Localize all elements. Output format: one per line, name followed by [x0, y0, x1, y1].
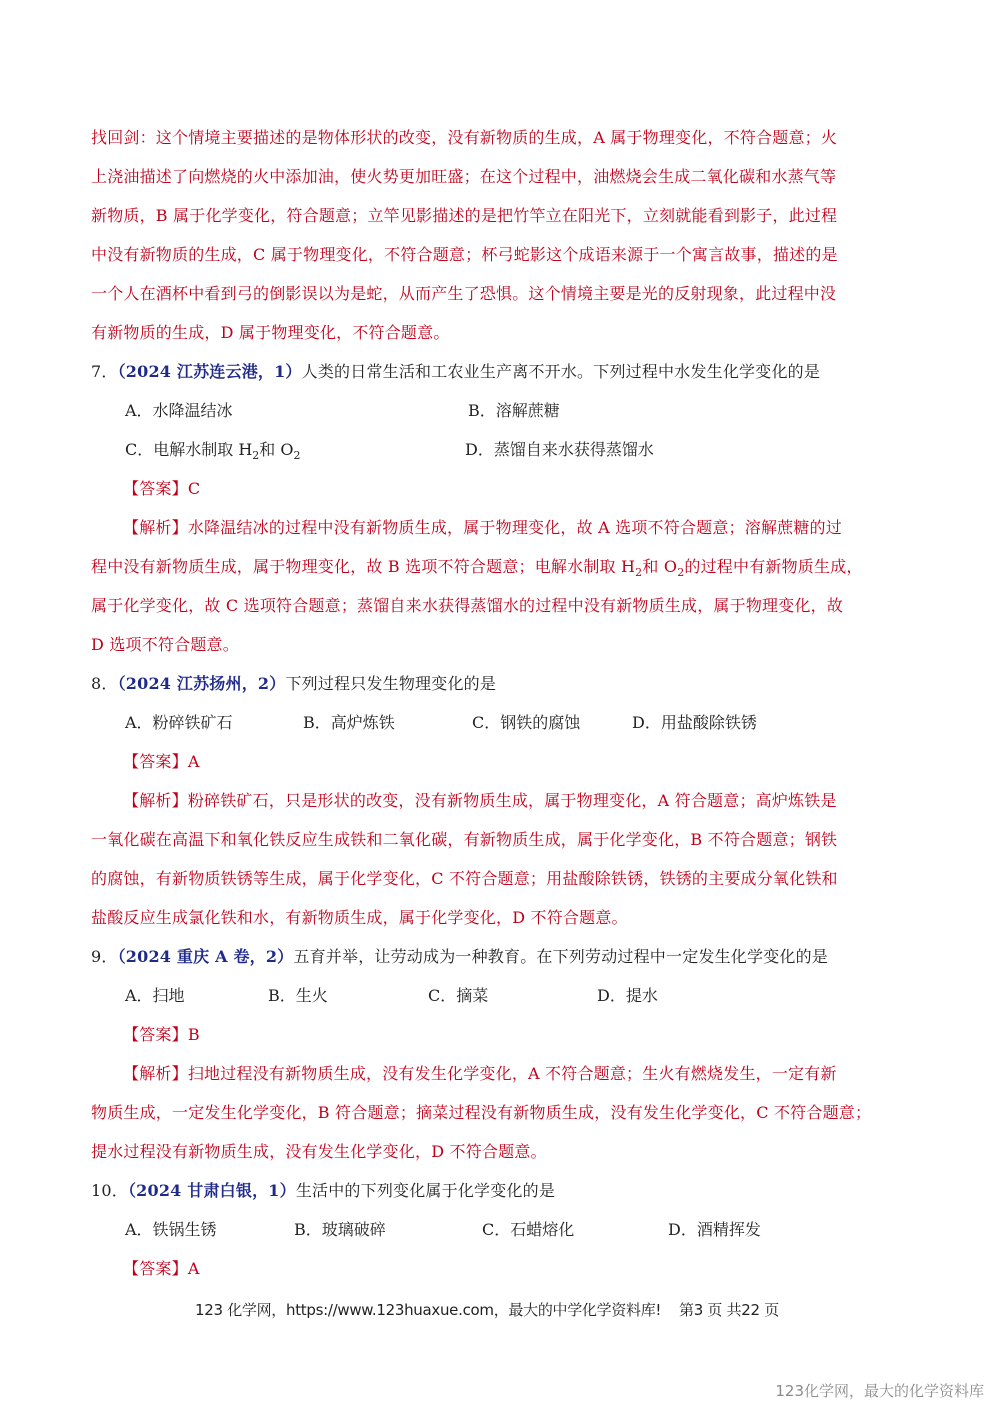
question-8-stem: 8．（2024 江苏扬州，2）下列过程只发生物理变化的是: [91, 674, 496, 694]
question-text: 生活中的下列变化属于化学变化的是: [296, 1181, 555, 1200]
analysis-line: 物质生成，一定发生化学变化，B 符合题意；摘菜过程没有新物质生成，没有发生化学变…: [91, 1103, 871, 1123]
footer-text: 123 化学网，https://www.123huaxue.com，最大的中学化…: [195, 1301, 661, 1319]
question-number: 10．: [91, 1181, 128, 1200]
answer-label: 【答案】: [123, 752, 188, 771]
option-c: C．石蜡熔化: [482, 1220, 574, 1240]
option-c: C．摘菜: [428, 986, 488, 1006]
option-b: B．溶解蔗糖: [468, 401, 560, 421]
question-7-stem: 7．（2024 江苏连云港，1）人类的日常生活和工农业生产离不开水。下列过程中水…: [91, 362, 820, 382]
analysis-line: 中没有新物质的生成，C 属于物理变化，不符合题意；杯弓蛇影这个成语来源于一个寓言…: [91, 245, 838, 265]
analysis-line: 属于化学变化，故 C 选项符合题意；蒸馏自来水获得蒸馏水的过程中没有新物质生成，…: [91, 596, 843, 616]
option-d: D．酒精挥发: [668, 1220, 761, 1240]
analysis-line: 一个人在酒杯中看到弓的倒影误以为是蛇，从而产生了恐惧。这个情境主要是光的反射现象…: [91, 284, 836, 304]
analysis-line: 【解析】粉碎铁矿石，只是形状的改变，没有新物质生成，属于物理变化，A 符合题意；…: [123, 791, 837, 811]
subscript: 2: [635, 566, 642, 579]
analysis-line: 【解析】扫地过程没有新物质生成，没有发生化学变化，A 不符合题意；生火有燃烧发生…: [123, 1064, 837, 1084]
analysis-line: 【解析】水降温结冰的过程中没有新物质生成，属于物理变化，故 A 选项不符合题意；…: [123, 518, 842, 538]
analysis-text: 的过程中有新物质生成，: [684, 557, 862, 576]
option-c: C．电解水制取 H2和 O2: [125, 440, 301, 460]
option-b: B．高炉炼铁: [303, 713, 395, 733]
question-text: 五育并举，让劳动成为一种教育。在下列劳动过程中一定发生化学变化的是: [293, 947, 828, 966]
option-d: D．提水: [597, 986, 658, 1006]
subscript: 2: [294, 449, 301, 462]
question-source: （2024 江苏扬州，2）: [118, 674, 286, 693]
page-footer: 123 化学网，https://www.123huaxue.com，最大的中学化…: [195, 1299, 779, 1320]
answer-line: 【答案】A: [123, 752, 200, 772]
question-source: （2024 甘肃白银，1）: [128, 1181, 296, 1200]
answer-value: A: [188, 1259, 200, 1278]
analysis-text: 程中没有新物质生成，属于物理变化，故 B 选项不符合题意；电解水制取 H: [91, 557, 635, 576]
document-page: 找回剑：这个情境主要描述的是物体形状的改变，没有新物质的生成，A 属于物理变化，…: [0, 0, 992, 1403]
option-c-text: C．电解水制取 H: [125, 440, 252, 459]
answer-value: A: [188, 752, 200, 771]
option-a: A．水降温结冰: [125, 401, 233, 421]
analysis-line: 盐酸反应生成氯化铁和水，有新物质生成，属于化学变化，D 不符合题意。: [91, 908, 628, 928]
answer-value: B: [188, 1025, 200, 1044]
analysis-line: 提水过程没有新物质生成，没有发生化学变化，D 不符合题意。: [91, 1142, 547, 1162]
option-a: A．扫地: [125, 986, 185, 1006]
question-number: 8．: [91, 674, 118, 693]
answer-line: 【答案】B: [123, 1025, 200, 1045]
question-text: 人类的日常生活和工农业生产离不开水。下列过程中水发生化学变化的是: [302, 362, 820, 381]
answer-line: 【答案】C: [123, 479, 200, 499]
analysis-text: 扫地过程没有新物质生成，没有发生化学变化，A 不符合题意；生火有燃烧发生，一定有…: [188, 1064, 837, 1083]
answer-label: 【答案】: [123, 479, 188, 498]
option-d: D．蒸馏自来水获得蒸馏水: [465, 440, 654, 460]
analysis-label: 【解析】: [123, 791, 188, 810]
question-source: （2024 重庆 A 卷，2）: [118, 947, 294, 966]
analysis-line: 的腐蚀，有新物质铁锈等生成，属于化学变化，C 不符合题意；用盐酸除铁锈，铁锈的主…: [91, 869, 838, 889]
option-a: A．铁锅生锈: [125, 1220, 217, 1240]
option-b: B．玻璃破碎: [294, 1220, 386, 1240]
analysis-line: 找回剑：这个情境主要描述的是物体形状的改变，没有新物质的生成，A 属于物理变化，…: [91, 128, 837, 148]
question-source: （2024 江苏连云港，1）: [118, 362, 302, 381]
analysis-text: 粉碎铁矿石，只是形状的改变，没有新物质生成，属于物理变化，A 符合题意；高炉炼铁…: [188, 791, 837, 810]
answer-label: 【答案】: [123, 1259, 188, 1278]
analysis-text: 和 O: [642, 557, 677, 576]
analysis-line: 程中没有新物质生成，属于物理变化，故 B 选项不符合题意；电解水制取 H2和 O…: [91, 557, 863, 577]
subscript: 2: [252, 449, 259, 462]
analysis-line: D 选项不符合题意。: [91, 635, 239, 655]
subscript: 2: [677, 566, 684, 579]
watermark: 123化学网，最大的化学资料库: [775, 1380, 984, 1401]
option-c-text: 和 O: [259, 440, 293, 459]
analysis-line: 一氧化碳在高温下和氧化铁反应生成铁和二氧化碳，有新物质生成，属于化学变化，B 不…: [91, 830, 837, 850]
analysis-line: 上浇油描述了向燃烧的火中添加油，使火势更加旺盛；在这个过程中，油燃烧会生成二氧化…: [91, 167, 836, 187]
answer-value: C: [188, 479, 200, 498]
analysis-line: 有新物质的生成，D 属于物理变化，不符合题意。: [91, 323, 450, 343]
option-c: C．钢铁的腐蚀: [472, 713, 580, 733]
option-d: D．用盐酸除铁锈: [632, 713, 757, 733]
question-text: 下列过程只发生物理变化的是: [285, 674, 496, 693]
option-a: A．粉碎铁矿石: [125, 713, 233, 733]
question-number: 7．: [91, 362, 118, 381]
answer-label: 【答案】: [123, 1025, 188, 1044]
page-number: 第3 页 共22 页: [679, 1301, 779, 1319]
analysis-label: 【解析】: [123, 518, 188, 537]
analysis-line: 新物质，B 属于化学变化，符合题意；立竿见影描述的是把竹竿立在阳光下，立刻就能看…: [91, 206, 837, 226]
question-10-stem: 10．（2024 甘肃白银，1）生活中的下列变化属于化学变化的是: [91, 1181, 555, 1201]
option-b: B．生火: [268, 986, 328, 1006]
question-number: 9．: [91, 947, 118, 966]
analysis-text: 水降温结冰的过程中没有新物质生成，属于物理变化，故 A 选项不符合题意；溶解蔗糖…: [188, 518, 842, 537]
question-9-stem: 9．（2024 重庆 A 卷，2）五育并举，让劳动成为一种教育。在下列劳动过程中…: [91, 947, 828, 967]
answer-line: 【答案】A: [123, 1259, 200, 1279]
analysis-label: 【解析】: [123, 1064, 188, 1083]
